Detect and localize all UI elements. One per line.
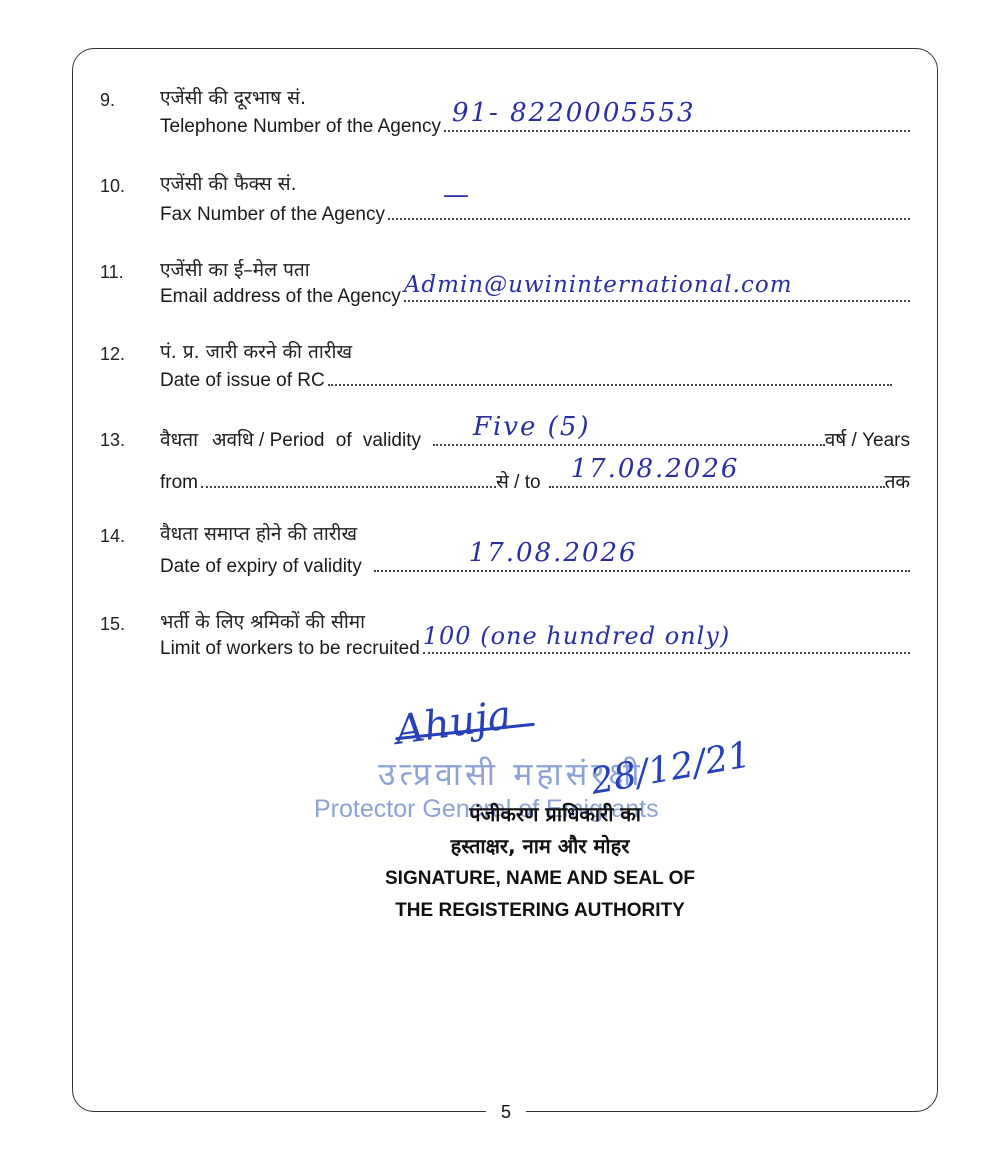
item-number: 9. bbox=[100, 90, 140, 111]
item-number: 11. bbox=[100, 262, 140, 283]
handwritten-value: 100 (one hundred only) bbox=[423, 622, 730, 650]
period-field[interactable]: Five (5) bbox=[433, 444, 825, 446]
handwritten-value: 91- 8220005553 bbox=[452, 98, 696, 128]
fax-field[interactable]: — bbox=[388, 218, 910, 220]
email-field[interactable]: Admin@uwininternational.com bbox=[404, 300, 910, 302]
to-label-english: to bbox=[525, 472, 541, 494]
slash: / bbox=[509, 472, 525, 494]
until-label: तक bbox=[885, 468, 910, 494]
signature: Ahuja bbox=[392, 692, 514, 754]
label-english: Fax Number of the Agency bbox=[160, 204, 385, 226]
signature-block: उत्प्रवासी महासंरक्षी Protector General … bbox=[300, 690, 780, 940]
label-english: Limit of workers to be recruited bbox=[160, 638, 420, 660]
field-date-of-issue: 12. पं. प्र. जारी करने की तारीख Date of … bbox=[100, 338, 910, 398]
label-hindi: वैधता अवधि bbox=[160, 426, 254, 452]
label-english: Date of expiry of validity bbox=[160, 556, 362, 578]
handwritten-value: Five (5) bbox=[473, 412, 591, 442]
years-label-hindi: वर्ष bbox=[825, 426, 847, 452]
page-number: 5 bbox=[486, 1100, 526, 1124]
field-email: 11. एजेंसी का ई–मेल पता Email address of… bbox=[100, 256, 910, 316]
label-english: Email address of the Agency bbox=[160, 286, 401, 308]
field-fax: 10. एजेंसी की फैक्स सं. Fax Number of th… bbox=[100, 170, 910, 230]
label-hindi: एजेंसी की दूरभाष सं. bbox=[160, 84, 306, 110]
signature-date: 28/12/21 bbox=[588, 734, 754, 802]
from-label: from bbox=[160, 472, 198, 494]
to-label-hindi: से bbox=[496, 468, 509, 494]
field-limit-of-workers: 15. भर्ती के लिए श्रमिकों की सीमा Limit … bbox=[100, 608, 910, 668]
slash: / bbox=[254, 430, 270, 452]
label-english: Date of issue of RC bbox=[160, 370, 325, 392]
label-hindi: एजेंसी की फैक्स सं. bbox=[160, 170, 297, 196]
date-of-expiry-field[interactable]: 17.08.2026 bbox=[374, 570, 910, 572]
item-number: 15. bbox=[100, 614, 140, 635]
date-of-issue-field[interactable] bbox=[328, 384, 892, 386]
handwritten-value: Admin@uwininternational.com bbox=[404, 272, 793, 298]
label-english: Period of validity bbox=[270, 430, 421, 452]
item-number: 12. bbox=[100, 344, 140, 365]
label-hindi: एजेंसी का ई–मेल पता bbox=[160, 256, 310, 282]
from-date-field[interactable] bbox=[201, 486, 496, 488]
item-number: 13. bbox=[100, 430, 140, 451]
slash: / bbox=[846, 430, 862, 452]
label-hindi: वैधता समाप्त होने की तारीख bbox=[160, 520, 357, 546]
telephone-field[interactable]: 91- 8220005553 bbox=[444, 130, 910, 132]
years-label-english: Years bbox=[862, 430, 910, 452]
handwritten-value: — bbox=[443, 180, 471, 210]
label-hindi: पं. प्र. जारी करने की तारीख bbox=[160, 338, 352, 364]
field-period-of-validity: 13. वैधता अवधि / Period of validity Five… bbox=[100, 420, 910, 500]
authority-label-english-1: SIGNATURE, NAME AND SEAL OF bbox=[300, 868, 780, 890]
authority-label-hindi-2: हस्ताक्षर, नाम और मोहर bbox=[300, 832, 780, 859]
authority-label-hindi-1: पंजीकरण प्राधिकारी का bbox=[300, 800, 780, 827]
item-number: 10. bbox=[100, 176, 140, 197]
authority-label-english-2: THE REGISTERING AUTHORITY bbox=[300, 900, 780, 922]
handwritten-value: 17.08.2026 bbox=[469, 538, 638, 568]
item-number: 14. bbox=[100, 526, 140, 547]
field-date-of-expiry: 14. वैधता समाप्त होने की तारीख Date of e… bbox=[100, 520, 910, 580]
handwritten-value: 17.08.2026 bbox=[571, 454, 740, 484]
field-telephone: 9. एजेंसी की दूरभाष सं. Telephone Number… bbox=[100, 84, 910, 144]
limit-of-workers-field[interactable]: 100 (one hundred only) bbox=[423, 652, 910, 654]
label-english: Telephone Number of the Agency bbox=[160, 116, 441, 138]
label-hindi: भर्ती के लिए श्रमिकों की सीमा bbox=[160, 608, 365, 634]
to-date-field[interactable]: 17.08.2026 bbox=[549, 486, 885, 488]
